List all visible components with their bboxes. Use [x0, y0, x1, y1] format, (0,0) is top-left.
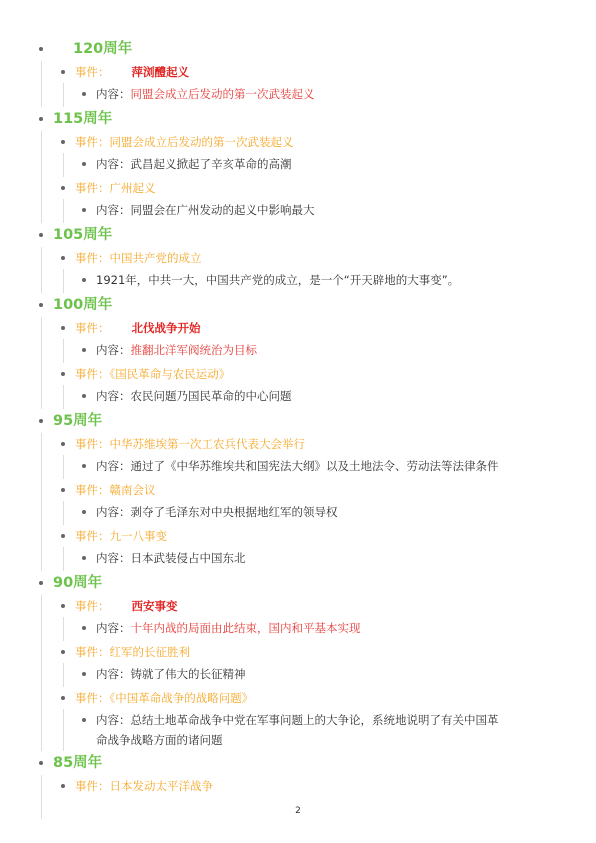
event-prefix: 事件： [75, 645, 110, 659]
bullet-icon [82, 626, 86, 630]
event-name: 日本发动太平洋战争 [110, 779, 214, 793]
event-item: 事件：萍浏醴起义内容：同盟会成立后发动的第一次武装起义 [0, 61, 596, 107]
event-prefix: 事件： [75, 483, 110, 497]
bullet-icon [82, 348, 86, 352]
anniversary-heading: 115周年 [0, 107, 596, 131]
content-item: 内容：同盟会成立后发动的第一次武装起义 [0, 83, 596, 107]
bullet-icon [39, 303, 43, 307]
event-list: 事件：同盟会成立后发动的第一次武装起义内容：武昌起义掀起了辛亥革命的高潮事件：广… [0, 131, 596, 223]
content-item: 内容：铸就了伟大的长征精神 [0, 663, 596, 687]
content-prefix: 内容： [96, 667, 131, 681]
document-page: 120周年事件：萍浏醴起义内容：同盟会成立后发动的第一次武装起义115周年事件：… [0, 0, 596, 843]
content-list: 内容：十年内战的局面由此结束，国内和平基本实现 [0, 617, 596, 641]
content-text: 农民问题乃国民革命的中心问题 [131, 389, 292, 403]
bullet-icon [61, 70, 65, 74]
anniversary-section: 115周年事件：同盟会成立后发动的第一次武装起义内容：武昌起义掀起了辛亥革命的高… [0, 107, 596, 223]
content-item: 内容：总结土地革命战争中党在军事问题上的大争论，系统地说明了有关中国革命战争战略… [0, 709, 596, 751]
event-prefix: 事件： [75, 65, 110, 79]
anniversary-title: 95周年 [53, 413, 102, 429]
event-prefix: 事件： [75, 181, 110, 195]
event-prefix: 事件： [75, 599, 110, 613]
event-prefix: 事件： [75, 691, 110, 705]
content-list: 内容：农民问题乃国民革命的中心问题 [0, 385, 596, 409]
anniversary-outline: 120周年事件：萍浏醴起义内容：同盟会成立后发动的第一次武装起义115周年事件：… [0, 37, 596, 819]
event-item: 事件：中华苏维埃第一次工农兵代表大会举行内容：通过了《中华苏维埃共和国宪法大纲》… [0, 433, 596, 479]
content-text: 日本武装侵占中国东北 [131, 551, 246, 565]
event-list: 事件：中华苏维埃第一次工农兵代表大会举行内容：通过了《中华苏维埃共和国宪法大纲》… [0, 433, 596, 571]
content-text: 同盟会在广州发动的起义中影响最大 [131, 203, 315, 217]
content-prefix: 内容： [96, 87, 131, 101]
content-prefix: 内容： [96, 157, 131, 171]
content-text: 通过了《中华苏维埃共和国宪法大纲》以及土地法令、劳动法等法律条件 [131, 459, 499, 473]
anniversary-heading: 90周年 [0, 571, 596, 595]
content-prefix: 内容： [96, 621, 131, 635]
event-item: 事件：广州起义内容：同盟会在广州发动的起义中影响最大 [0, 177, 596, 223]
anniversary-section: 95周年事件：中华苏维埃第一次工农兵代表大会举行内容：通过了《中华苏维埃共和国宪… [0, 409, 596, 571]
event-prefix: 事件： [75, 367, 110, 381]
event-item: 事件：红军的长征胜利内容：铸就了伟大的长征精神 [0, 641, 596, 687]
content-prefix: 内容： [96, 343, 131, 357]
content-text: 铸就了伟大的长征精神 [131, 667, 246, 681]
event-prefix: 事件： [75, 437, 110, 451]
bullet-icon [61, 604, 65, 608]
content-prefix: 内容： [96, 459, 131, 473]
bullet-icon [61, 442, 65, 446]
bullet-icon [82, 672, 86, 676]
content-list: 内容：武昌起义掀起了辛亥革命的高潮 [0, 153, 596, 177]
bullet-icon [82, 718, 86, 722]
bullet-icon [39, 233, 43, 237]
bullet-icon [39, 419, 43, 423]
event-prefix: 事件： [75, 529, 110, 543]
content-list: 内容：推翻北洋军阀统治为目标 [0, 339, 596, 363]
bullet-icon [39, 117, 43, 121]
event-item: 事件：同盟会成立后发动的第一次武装起义内容：武昌起义掀起了辛亥革命的高潮 [0, 131, 596, 177]
event-list: 事件：西安事变内容：十年内战的局面由此结束，国内和平基本实现事件：红军的长征胜利… [0, 595, 596, 751]
anniversary-heading: 100周年 [0, 293, 596, 317]
content-text: 同盟会成立后发动的第一次武装起义 [131, 87, 315, 101]
bullet-icon [61, 534, 65, 538]
content-list: 内容：铸就了伟大的长征精神 [0, 663, 596, 687]
content-text: 总结土地革命战争中党在军事问题上的大争论，系统地说明了有关中国革命战争战略方面的… [96, 713, 499, 747]
event-name: 同盟会成立后发动的第一次武装起义 [110, 135, 294, 149]
bullet-icon [61, 186, 65, 190]
bullet-icon [61, 326, 65, 330]
content-text: 武昌起义掀起了辛亥革命的高潮 [131, 157, 292, 171]
content-prefix: 内容： [96, 389, 131, 403]
bullet-icon [82, 394, 86, 398]
content-item: 内容：通过了《中华苏维埃共和国宪法大纲》以及土地法令、劳动法等法律条件 [0, 455, 596, 479]
bullet-icon [61, 256, 65, 260]
bullet-icon [82, 464, 86, 468]
anniversary-heading: 85周年 [0, 751, 596, 775]
anniversary-section: 100周年事件：北伐战争开始内容：推翻北洋军阀统治为目标事件：《国民革命与农民运… [0, 293, 596, 409]
event-name: 中国共产党的成立 [110, 251, 202, 265]
event-list: 事件：北伐战争开始内容：推翻北洋军阀统治为目标事件：《国民革命与农民运动》内容：… [0, 317, 596, 409]
event-list: 事件：萍浏醴起义内容：同盟会成立后发动的第一次武装起义 [0, 61, 596, 107]
bullet-icon [82, 556, 86, 560]
page-number: 2 [0, 806, 596, 816]
event-list: 事件：中国共产党的成立1921年，中共一大，中国共产党的成立，是一个“开天辟地的… [0, 247, 596, 293]
content-item: 内容：农民问题乃国民革命的中心问题 [0, 385, 596, 409]
bullet-icon [61, 140, 65, 144]
anniversary-title: 115周年 [53, 111, 112, 127]
event-name: 九一八事变 [110, 529, 168, 543]
content-list: 内容：同盟会成立后发动的第一次武装起义 [0, 83, 596, 107]
event-name: 广州起义 [110, 181, 156, 195]
event-name: 《国民革命与农民运动》 [110, 367, 231, 381]
event-name: 北伐战争开始 [132, 321, 201, 335]
bullet-icon [61, 372, 65, 376]
bullet-icon [82, 208, 86, 212]
content-text: 推翻北洋军阀统治为目标 [131, 343, 258, 357]
bullet-icon [61, 696, 65, 700]
content-item: 内容：武昌起义掀起了辛亥革命的高潮 [0, 153, 596, 177]
event-item: 事件：北伐战争开始内容：推翻北洋军阀统治为目标 [0, 317, 596, 363]
content-prefix: 内容： [96, 713, 131, 727]
anniversary-title: 85周年 [53, 755, 102, 771]
event-prefix: 事件： [75, 321, 110, 335]
bullet-icon [39, 761, 43, 765]
bullet-icon [39, 47, 43, 51]
content-list: 内容：日本武装侵占中国东北 [0, 547, 596, 571]
anniversary-heading: 120周年 [0, 37, 596, 61]
event-item: 事件：《国民革命与农民运动》内容：农民问题乃国民革命的中心问题 [0, 363, 596, 409]
anniversary-heading: 105周年 [0, 223, 596, 247]
anniversary-title: 105周年 [53, 227, 112, 243]
event-prefix: 事件： [75, 135, 110, 149]
event-item: 事件：赣南会议内容：剥夺了毛泽东对中央根据地红军的领导权 [0, 479, 596, 525]
event-prefix: 事件： [75, 251, 110, 265]
content-list: 内容：通过了《中华苏维埃共和国宪法大纲》以及土地法令、劳动法等法律条件 [0, 455, 596, 479]
bullet-icon [39, 581, 43, 585]
content-text: 十年内战的局面由此结束，国内和平基本实现 [131, 621, 361, 635]
event-name: 赣南会议 [110, 483, 156, 497]
anniversary-heading: 95周年 [0, 409, 596, 433]
content-list: 内容：同盟会在广州发动的起义中影响最大 [0, 199, 596, 223]
event-name: 西安事变 [132, 599, 178, 613]
content-list: 1921年，中共一大，中国共产党的成立，是一个“开天辟地的大事变”。 [0, 269, 596, 293]
event-name: 红军的长征胜利 [110, 645, 191, 659]
content-item: 内容：推翻北洋军阀统治为目标 [0, 339, 596, 363]
bullet-icon [61, 488, 65, 492]
content-item: 1921年，中共一大，中国共产党的成立，是一个“开天辟地的大事变”。 [0, 269, 596, 293]
event-name: 《中国革命战争的战略问题》 [110, 691, 254, 705]
bullet-icon [82, 92, 86, 96]
content-item: 内容：同盟会在广州发动的起义中影响最大 [0, 199, 596, 223]
event-item: 事件：九一八事变内容：日本武装侵占中国东北 [0, 525, 596, 571]
event-item: 事件：中国共产党的成立1921年，中共一大，中国共产党的成立，是一个“开天辟地的… [0, 247, 596, 293]
content-prefix: 内容： [96, 203, 131, 217]
event-prefix: 事件： [75, 779, 110, 793]
bullet-icon [82, 510, 86, 514]
bullet-icon [61, 784, 65, 788]
anniversary-title: 90周年 [53, 575, 102, 591]
content-text: 1921年，中共一大，中国共产党的成立，是一个“开天辟地的大事变”。 [96, 273, 459, 287]
anniversary-title: 100周年 [53, 297, 112, 313]
anniversary-section: 90周年事件：西安事变内容：十年内战的局面由此结束，国内和平基本实现事件：红军的… [0, 571, 596, 751]
content-item: 内容：十年内战的局面由此结束，国内和平基本实现 [0, 617, 596, 641]
anniversary-section: 120周年事件：萍浏醴起义内容：同盟会成立后发动的第一次武装起义 [0, 37, 596, 107]
event-name: 萍浏醴起义 [132, 65, 190, 79]
content-prefix: 内容： [96, 551, 131, 565]
content-text: 剥夺了毛泽东对中央根据地红军的领导权 [131, 505, 338, 519]
content-item: 内容：剥夺了毛泽东对中央根据地红军的领导权 [0, 501, 596, 525]
event-item: 事件：西安事变内容：十年内战的局面由此结束，国内和平基本实现 [0, 595, 596, 641]
bullet-icon [61, 650, 65, 654]
content-list: 内容：总结土地革命战争中党在军事问题上的大争论，系统地说明了有关中国革命战争战略… [0, 709, 596, 751]
anniversary-title: 120周年 [53, 41, 132, 57]
bullet-icon [82, 162, 86, 166]
content-prefix: 内容： [96, 505, 131, 519]
content-list: 内容：剥夺了毛泽东对中央根据地红军的领导权 [0, 501, 596, 525]
anniversary-section: 105周年事件：中国共产党的成立1921年，中共一大，中国共产党的成立，是一个“… [0, 223, 596, 293]
content-item: 内容：日本武装侵占中国东北 [0, 547, 596, 571]
event-item: 事件：《中国革命战争的战略问题》内容：总结土地革命战争中党在军事问题上的大争论，… [0, 687, 596, 751]
event-name: 中华苏维埃第一次工农兵代表大会举行 [110, 437, 306, 451]
bullet-icon [82, 278, 86, 282]
